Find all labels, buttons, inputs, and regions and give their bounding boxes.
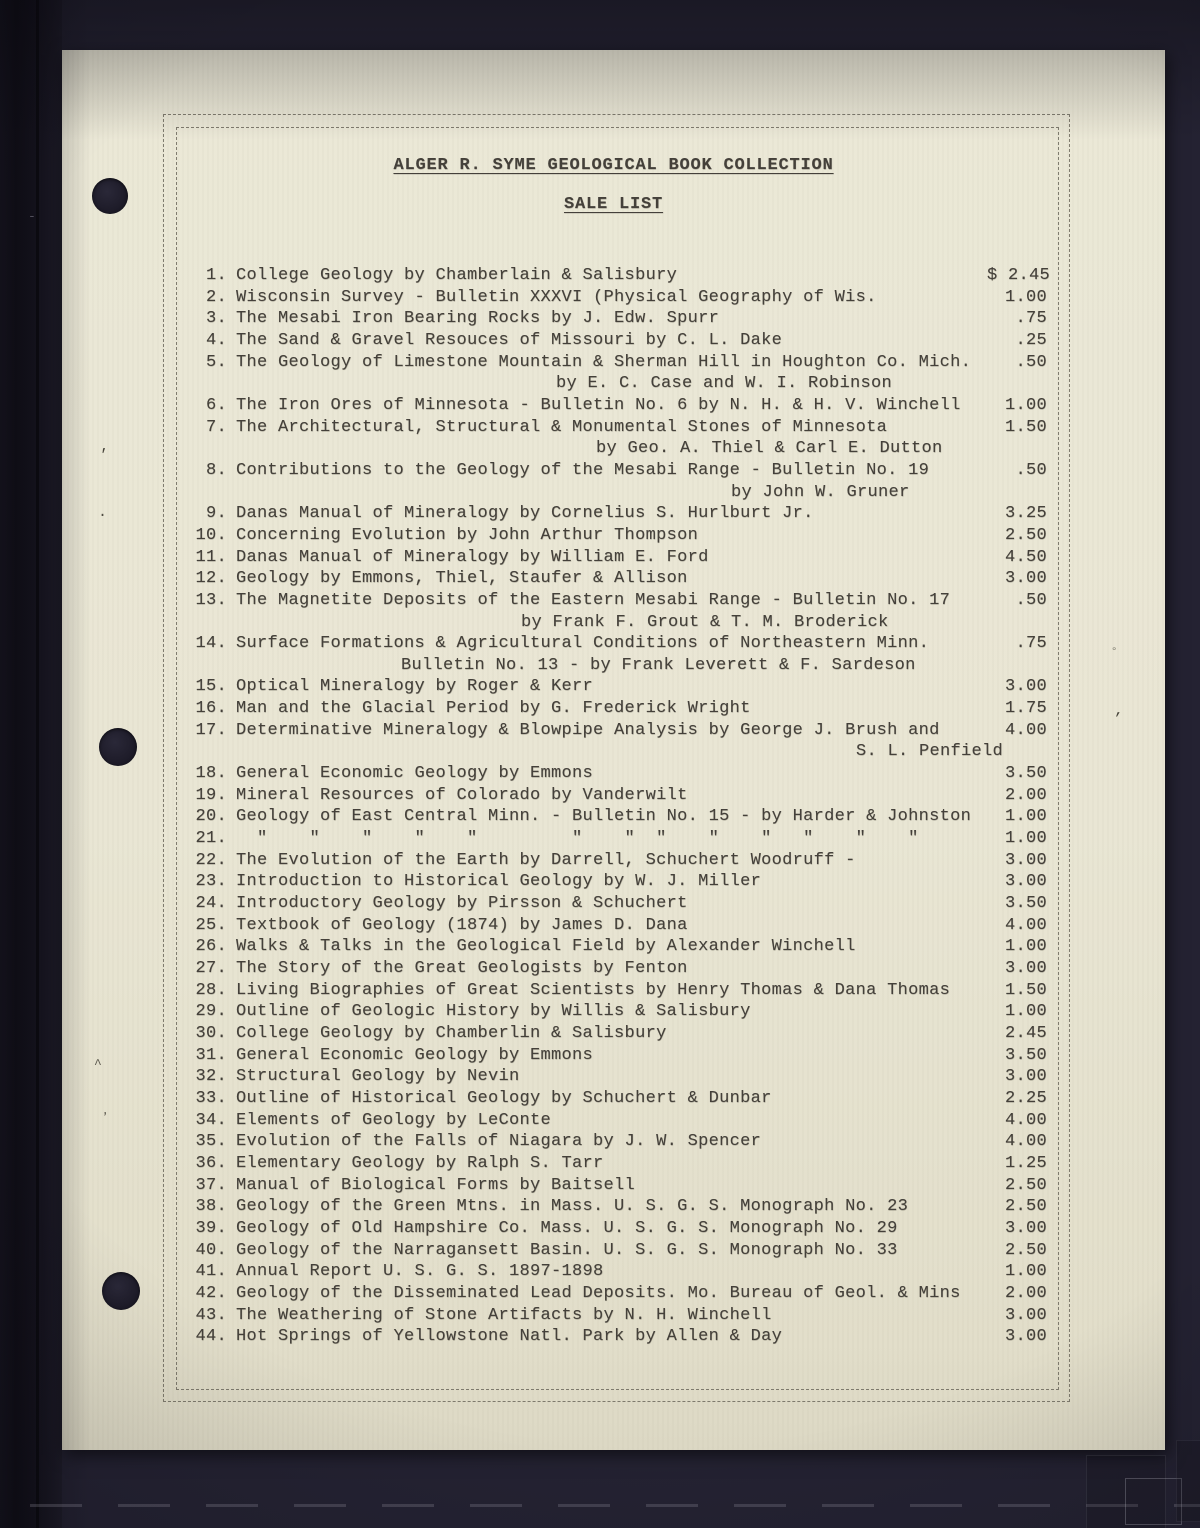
item-price: 2.50 bbox=[987, 525, 1047, 547]
item-price: 3.00 bbox=[987, 1218, 1047, 1240]
item-price: 1.00 bbox=[987, 287, 1047, 309]
item-title: Outline of Geologic History by Willis & … bbox=[236, 1001, 987, 1023]
scan-artifact bbox=[1086, 1455, 1166, 1528]
list-row: 9.Danas Manual of Mineralogy by Corneliu… bbox=[195, 503, 1047, 525]
item-number: 32. bbox=[195, 1066, 227, 1088]
item-number: 13. bbox=[195, 590, 227, 612]
item-number: 40. bbox=[195, 1240, 227, 1262]
list-row: 30.College Geology by Chamberlin & Salis… bbox=[195, 1023, 1047, 1045]
punch-hole-bottom bbox=[102, 1272, 140, 1310]
item-title: Mineral Resources of Colorado by Vanderw… bbox=[236, 785, 987, 807]
list-row: 35.Evolution of the Falls of Niagara by … bbox=[195, 1131, 1047, 1153]
item-price: 2.50 bbox=[987, 1240, 1047, 1262]
list-row: by John W. Gruner bbox=[195, 482, 1047, 504]
item-price: 2.00 bbox=[987, 1283, 1047, 1305]
item-title: The Weathering of Stone Artifacts by N. … bbox=[236, 1305, 987, 1327]
item-price: 1.75 bbox=[987, 698, 1047, 720]
item-title: The Iron Ores of Minnesota - Bulletin No… bbox=[236, 395, 987, 417]
item-title: The Geology of Limestone Mountain & Sher… bbox=[236, 352, 987, 374]
item-title: Surface Formations & Agricultural Condit… bbox=[236, 633, 987, 655]
item-title: The Architectural, Structural & Monument… bbox=[236, 417, 987, 439]
item-number: 28. bbox=[195, 980, 227, 1002]
stray-mark: ʼ bbox=[99, 1112, 110, 1128]
list-row: 13.The Magnetite Deposits of the Eastern… bbox=[195, 590, 1047, 612]
item-price: 4.00 bbox=[987, 915, 1047, 937]
list-row: 39.Geology of Old Hampshire Co. Mass. U.… bbox=[195, 1218, 1047, 1240]
item-number: 5. bbox=[195, 352, 227, 374]
item-title: College Geology by Chamberlin & Salisbur… bbox=[236, 1023, 987, 1045]
item-title: The Mesabi Iron Bearing Rocks by J. Edw.… bbox=[236, 308, 987, 330]
stray-mark: ^ bbox=[94, 1058, 102, 1071]
item-price: 4.00 bbox=[987, 1131, 1047, 1153]
item-price: 3.00 bbox=[987, 871, 1047, 893]
page-subtitle: SALE LIST bbox=[62, 195, 1165, 214]
item-price: 1.50 bbox=[987, 980, 1047, 1002]
list-row: 16.Man and the Glacial Period by G. Fred… bbox=[195, 698, 1047, 720]
list-row: 33.Outline of Historical Geology by Schu… bbox=[195, 1088, 1047, 1110]
item-number: 2. bbox=[195, 287, 227, 309]
item-number: 44. bbox=[195, 1326, 227, 1348]
list-row: 3.The Mesabi Iron Bearing Rocks by J. Ed… bbox=[195, 308, 1047, 330]
list-row: 29.Outline of Geologic History by Willis… bbox=[195, 1001, 1047, 1023]
item-title: Optical Mineralogy by Roger & Kerr bbox=[236, 676, 987, 698]
item-number: 27. bbox=[195, 958, 227, 980]
stray-mark: ’ bbox=[99, 447, 110, 463]
item-title: Walks & Talks in the Geological Field by… bbox=[236, 936, 987, 958]
list-row: 17.Determinative Mineralogy & Blowpipe A… bbox=[195, 720, 1047, 742]
item-number: 24. bbox=[195, 893, 227, 915]
binder-spine-groove bbox=[36, 0, 39, 1528]
item-price: 3.00 bbox=[987, 958, 1047, 980]
punch-hole-middle bbox=[99, 728, 137, 766]
item-price: $ 2.45 bbox=[987, 265, 1047, 287]
list-row: 38.Geology of the Green Mtns. in Mass. U… bbox=[195, 1196, 1047, 1218]
list-row: S. L. Penfield bbox=[195, 741, 1047, 763]
item-title: College Geology by Chamberlain & Salisbu… bbox=[236, 265, 987, 287]
item-number: 12. bbox=[195, 568, 227, 590]
list-row: 1.College Geology by Chamberlain & Salis… bbox=[195, 265, 1047, 287]
item-title: Introduction to Historical Geology by W.… bbox=[236, 871, 987, 893]
item-price: 4.00 bbox=[987, 1110, 1047, 1132]
item-price: 3.00 bbox=[987, 676, 1047, 698]
item-price: .50 bbox=[987, 460, 1047, 482]
stray-mark: ’ bbox=[1112, 712, 1122, 728]
item-title: by Frank F. Grout & T. M. Broderick bbox=[236, 612, 987, 634]
list-row: 7.The Architectural, Structural & Monume… bbox=[195, 417, 1047, 439]
list-row: 40.Geology of the Narragansett Basin. U.… bbox=[195, 1240, 1047, 1262]
item-title: Hot Springs of Yellowstone Natl. Park by… bbox=[236, 1326, 987, 1348]
item-price: 3.00 bbox=[987, 1066, 1047, 1088]
item-number: 41. bbox=[195, 1261, 227, 1283]
item-title: Geology of the Narragansett Basin. U. S.… bbox=[236, 1240, 987, 1262]
item-price: .75 bbox=[987, 308, 1047, 330]
list-row: 23.Introduction to Historical Geology by… bbox=[195, 871, 1047, 893]
list-row: 42.Geology of the Disseminated Lead Depo… bbox=[195, 1283, 1047, 1305]
item-number: 16. bbox=[195, 698, 227, 720]
list-row: 18.General Economic Geology by Emmons3.5… bbox=[195, 763, 1047, 785]
list-row: 14.Surface Formations & Agricultural Con… bbox=[195, 633, 1047, 655]
item-price: 1.00 bbox=[987, 806, 1047, 828]
item-number: 34. bbox=[195, 1110, 227, 1132]
list-row: 10.Concerning Evolution by John Arthur T… bbox=[195, 525, 1047, 547]
item-number: 26. bbox=[195, 936, 227, 958]
item-price: 2.25 bbox=[987, 1088, 1047, 1110]
item-price: 2.50 bbox=[987, 1175, 1047, 1197]
item-price: 4.50 bbox=[987, 547, 1047, 569]
item-title: Annual Report U. S. G. S. 1897-1898 bbox=[236, 1261, 987, 1283]
scan-artifact bbox=[1176, 1440, 1200, 1522]
item-number: 4. bbox=[195, 330, 227, 352]
list-row: 12.Geology by Emmons, Thiel, Staufer & A… bbox=[195, 568, 1047, 590]
item-price: .75 bbox=[987, 633, 1047, 655]
item-title: Textbook of Geology (1874) by James D. D… bbox=[236, 915, 987, 937]
item-number: 3. bbox=[195, 308, 227, 330]
list-row: 25.Textbook of Geology (1874) by James D… bbox=[195, 915, 1047, 937]
item-title: by Geo. A. Thiel & Carl E. Dutton bbox=[236, 438, 987, 460]
item-number: 20. bbox=[195, 806, 227, 828]
item-title: Introductory Geology by Pirsson & Schuch… bbox=[236, 893, 987, 915]
item-title: Living Biographies of Great Scientists b… bbox=[236, 980, 987, 1002]
item-title: General Economic Geology by Emmons bbox=[236, 1045, 987, 1067]
list-row: 19.Mineral Resources of Colorado by Vand… bbox=[195, 785, 1047, 807]
item-number: 43. bbox=[195, 1305, 227, 1327]
item-title: The Magnetite Deposits of the Eastern Me… bbox=[236, 590, 987, 612]
item-title: Geology of the Disseminated Lead Deposit… bbox=[236, 1283, 987, 1305]
item-title: " " " " " " " " " " " " " bbox=[236, 828, 987, 850]
item-number: 19. bbox=[195, 785, 227, 807]
item-price: 2.50 bbox=[987, 1196, 1047, 1218]
item-price: 3.00 bbox=[987, 1305, 1047, 1327]
list-row: Bulletin No. 13 - by Frank Leverett & F.… bbox=[195, 655, 1047, 677]
item-title: Geology of East Central Minn. - Bulletin… bbox=[236, 806, 987, 828]
item-price: 3.00 bbox=[987, 1326, 1047, 1348]
page-title: ALGER R. SYME GEOLOGICAL BOOK COLLECTION bbox=[393, 156, 833, 175]
item-title: Geology of Old Hampshire Co. Mass. U. S.… bbox=[236, 1218, 987, 1240]
item-title: Determinative Mineralogy & Blowpipe Anal… bbox=[236, 720, 987, 742]
item-price: 3.50 bbox=[987, 763, 1047, 785]
list-row: by Geo. A. Thiel & Carl E. Dutton bbox=[195, 438, 1047, 460]
page-header: ALGER R. SYME GEOLOGICAL BOOK COLLECTION… bbox=[62, 156, 1165, 214]
item-title: Manual of Biological Forms by Baitsell bbox=[236, 1175, 987, 1197]
item-number: 18. bbox=[195, 763, 227, 785]
item-title: Danas Manual of Mineralogy by William E.… bbox=[236, 547, 987, 569]
list-row: by Frank F. Grout & T. M. Broderick bbox=[195, 612, 1047, 634]
item-price: .50 bbox=[987, 352, 1047, 374]
list-row: 8.Contributions to the Geology of the Me… bbox=[195, 460, 1047, 482]
item-number: 25. bbox=[195, 915, 227, 937]
item-number: 9. bbox=[195, 503, 227, 525]
list-row: 37.Manual of Biological Forms by Baitsel… bbox=[195, 1175, 1047, 1197]
item-title: General Economic Geology by Emmons bbox=[236, 763, 987, 785]
item-title: Elements of Geology by LeConte bbox=[236, 1110, 987, 1132]
item-title: Wisconsin Survey - Bulletin XXXVI (Physi… bbox=[236, 287, 987, 309]
item-price: 2.45 bbox=[987, 1023, 1047, 1045]
item-number: 10. bbox=[195, 525, 227, 547]
item-title: S. L. Penfield bbox=[236, 741, 1003, 763]
list-row: 26.Walks & Talks in the Geological Field… bbox=[195, 936, 1047, 958]
item-title: Geology of the Green Mtns. in Mass. U. S… bbox=[236, 1196, 987, 1218]
item-number: 36. bbox=[195, 1153, 227, 1175]
item-number: 14. bbox=[195, 633, 227, 655]
item-title: Outline of Historical Geology by Schuche… bbox=[236, 1088, 987, 1110]
scan-artifact bbox=[1125, 1478, 1182, 1525]
stray-mark: . bbox=[98, 505, 107, 520]
list-row: 34.Elements of Geology by LeConte4.00 bbox=[195, 1110, 1047, 1132]
item-price: 3.00 bbox=[987, 568, 1047, 590]
item-title: Danas Manual of Mineralogy by Cornelius … bbox=[236, 503, 987, 525]
item-title: Geology by Emmons, Thiel, Staufer & Alli… bbox=[236, 568, 987, 590]
scanned-page: ALGER R. SYME GEOLOGICAL BOOK COLLECTION… bbox=[62, 50, 1165, 1450]
item-price: 2.00 bbox=[987, 785, 1047, 807]
item-number: 33. bbox=[195, 1088, 227, 1110]
item-price: .25 bbox=[987, 330, 1047, 352]
item-number: 17. bbox=[195, 720, 227, 742]
item-price: 4.00 bbox=[987, 720, 1047, 742]
item-price: 1.00 bbox=[987, 1261, 1047, 1283]
item-number: 29. bbox=[195, 1001, 227, 1023]
item-number: 31. bbox=[195, 1045, 227, 1067]
item-price: 1.00 bbox=[987, 936, 1047, 958]
item-price: 1.00 bbox=[987, 1001, 1047, 1023]
item-number: 42. bbox=[195, 1283, 227, 1305]
item-title: by John W. Gruner bbox=[236, 482, 987, 504]
list-row: 4.The Sand & Gravel Resouces of Missouri… bbox=[195, 330, 1047, 352]
item-price: 3.50 bbox=[987, 1045, 1047, 1067]
binder-spine bbox=[0, 0, 62, 1528]
list-row: 28.Living Biographies of Great Scientist… bbox=[195, 980, 1047, 1002]
item-number: 22. bbox=[195, 850, 227, 872]
item-price: .50 bbox=[987, 590, 1047, 612]
book-list: 1.College Geology by Chamberlain & Salis… bbox=[195, 265, 1047, 1348]
item-title: Concerning Evolution by John Arthur Thom… bbox=[236, 525, 987, 547]
item-number: 6. bbox=[195, 395, 227, 417]
list-row: 31.General Economic Geology by Emmons3.5… bbox=[195, 1045, 1047, 1067]
list-row: 32.Structural Geology by Nevin3.00 bbox=[195, 1066, 1047, 1088]
list-row: 41.Annual Report U. S. G. S. 1897-18981.… bbox=[195, 1261, 1047, 1283]
item-number: 11. bbox=[195, 547, 227, 569]
list-row: 27.The Story of the Great Geologists by … bbox=[195, 958, 1047, 980]
film-edge-marks bbox=[30, 1504, 1200, 1507]
item-price: 1.25 bbox=[987, 1153, 1047, 1175]
list-row: 6.The Iron Ores of Minnesota - Bulletin … bbox=[195, 395, 1047, 417]
item-title: Structural Geology by Nevin bbox=[236, 1066, 987, 1088]
item-price: 3.00 bbox=[987, 850, 1047, 872]
list-row: 24.Introductory Geology by Pirsson & Sch… bbox=[195, 893, 1047, 915]
item-title: The Evolution of the Earth by Darrell, S… bbox=[236, 850, 987, 872]
list-row: 22.The Evolution of the Earth by Darrell… bbox=[195, 850, 1047, 872]
item-number: 23. bbox=[195, 871, 227, 893]
item-title: Contributions to the Geology of the Mesa… bbox=[236, 460, 987, 482]
list-row: 36.Elementary Geology by Ralph S. Tarr1.… bbox=[195, 1153, 1047, 1175]
item-number: 37. bbox=[195, 1175, 227, 1197]
item-number: 15. bbox=[195, 676, 227, 698]
list-row: 43.The Weathering of Stone Artifacts by … bbox=[195, 1305, 1047, 1327]
item-title: Elementary Geology by Ralph S. Tarr bbox=[236, 1153, 987, 1175]
item-number: 39. bbox=[195, 1218, 227, 1240]
item-price: 3.25 bbox=[987, 503, 1047, 525]
list-row: 21. " " " " " " " " " " " " "1.00 bbox=[195, 828, 1047, 850]
item-title: Bulletin No. 13 - by Frank Leverett & F.… bbox=[236, 655, 987, 677]
item-title: Evolution of the Falls of Niagara by J. … bbox=[236, 1131, 987, 1153]
item-title: by E. C. Case and W. I. Robinson bbox=[236, 373, 987, 395]
list-row: 2.Wisconsin Survey - Bulletin XXXVI (Phy… bbox=[195, 287, 1047, 309]
item-title: Man and the Glacial Period by G. Frederi… bbox=[236, 698, 987, 720]
item-number: 8. bbox=[195, 460, 227, 482]
stray-mark: ˚ bbox=[1110, 648, 1118, 662]
item-price: 3.50 bbox=[987, 893, 1047, 915]
item-number: 35. bbox=[195, 1131, 227, 1153]
item-number: 21. bbox=[195, 828, 227, 850]
item-price: 1.50 bbox=[987, 417, 1047, 439]
item-number: 7. bbox=[195, 417, 227, 439]
list-row: 20.Geology of East Central Minn. - Bulle… bbox=[195, 806, 1047, 828]
list-row: by E. C. Case and W. I. Robinson bbox=[195, 373, 1047, 395]
item-price: 1.00 bbox=[987, 395, 1047, 417]
item-number: 38. bbox=[195, 1196, 227, 1218]
item-number: 1. bbox=[195, 265, 227, 287]
item-price: 1.00 bbox=[987, 828, 1047, 850]
item-title: The Story of the Great Geologists by Fen… bbox=[236, 958, 987, 980]
item-number: 30. bbox=[195, 1023, 227, 1045]
item-title: The Sand & Gravel Resouces of Missouri b… bbox=[236, 330, 987, 352]
list-row: 5.The Geology of Limestone Mountain & Sh… bbox=[195, 352, 1047, 374]
list-row: 11.Danas Manual of Mineralogy by William… bbox=[195, 547, 1047, 569]
list-row: 15.Optical Mineralogy by Roger & Kerr3.0… bbox=[195, 676, 1047, 698]
list-row: 44.Hot Springs of Yellowstone Natl. Park… bbox=[195, 1326, 1047, 1348]
